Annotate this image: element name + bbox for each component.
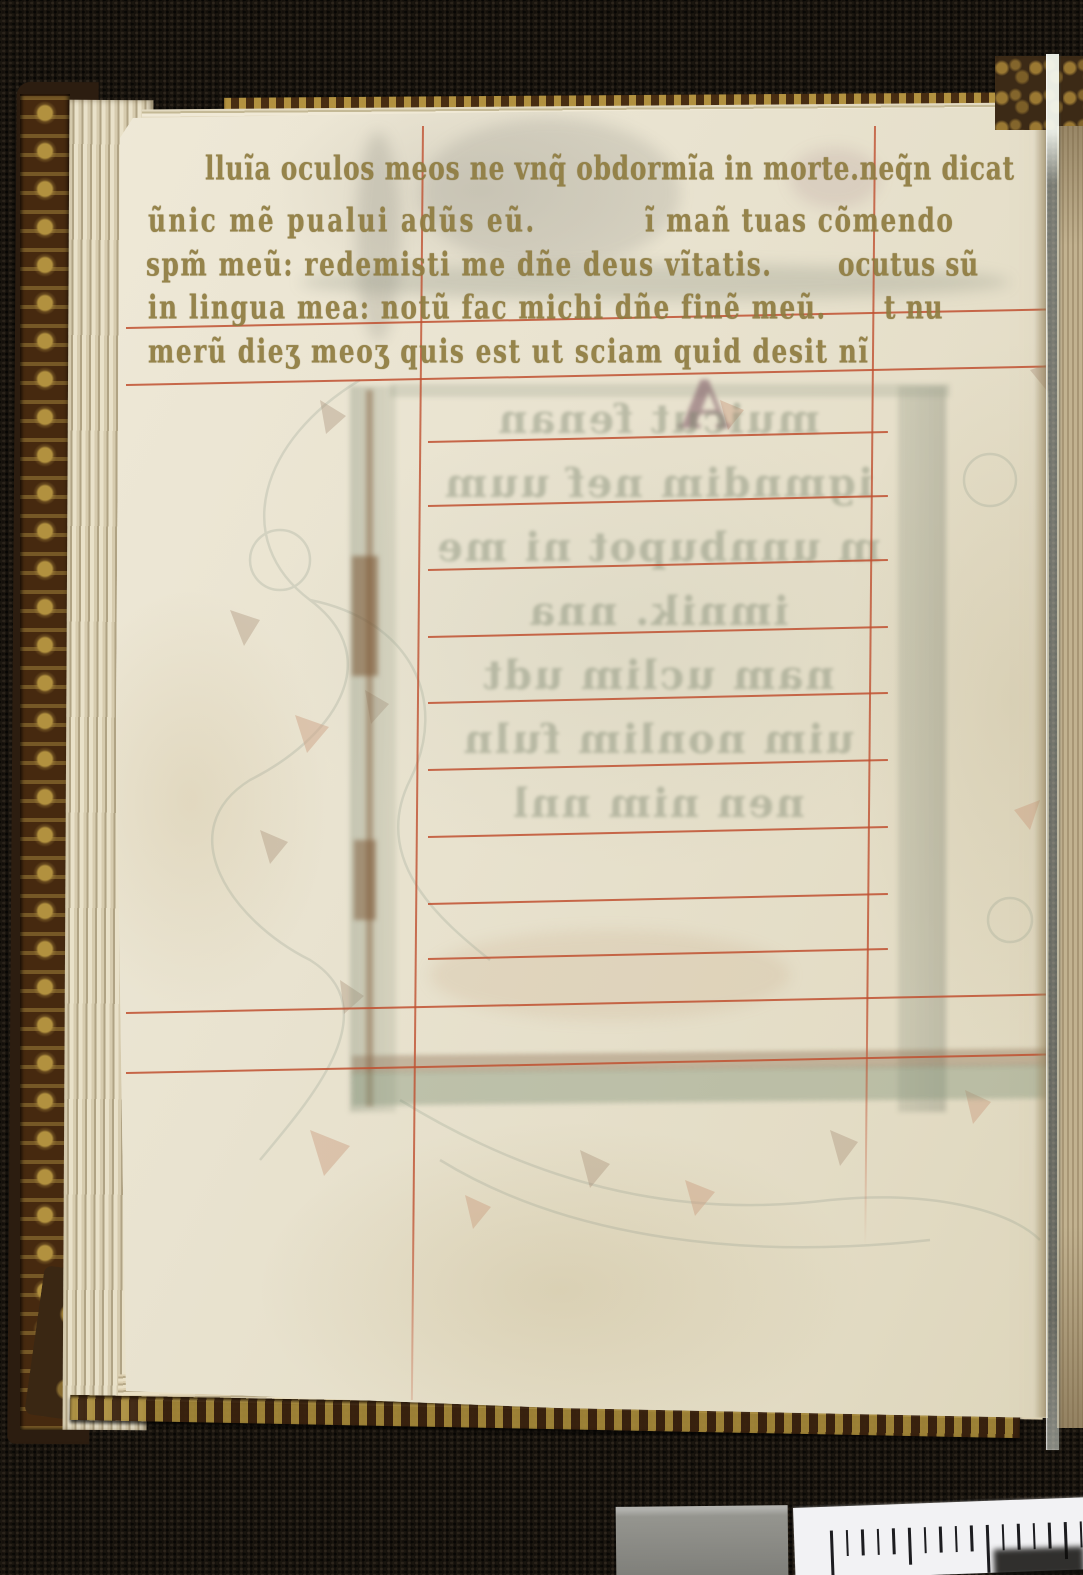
showthrough-text-line: m unnbupot ni me (432, 516, 884, 580)
manuscript-text-line: ocutus sũ (838, 246, 979, 284)
binding-corner-top-right (995, 56, 1083, 130)
corner-shadow (994, 1546, 1083, 1575)
ruler-tick (970, 1525, 973, 1551)
gold-tooling-strip-left (20, 94, 70, 1430)
showthrough-text-line: igmndim nef uum (432, 452, 884, 516)
ruler-tick (830, 1531, 835, 1575)
manuscript-text-line: merũ dieʒ meoʒ quis est ut sciam quid de… (148, 333, 869, 371)
ghost-frame-stain (352, 556, 378, 676)
ghost-frame-bar-left-brown (366, 390, 373, 1106)
ruler-tick (1017, 1524, 1020, 1550)
fore-edge-right (1057, 126, 1083, 1428)
manuscript-text-line: lluĩa oculos meos ne vnq̃ obdormĩa in mo… (205, 150, 1015, 188)
manuscript-text-line: ĩ mañ tuas cõmendo (645, 202, 955, 240)
ruler-tick (923, 1527, 926, 1553)
ghost-frame-stain (354, 840, 376, 920)
ruler-tick (861, 1529, 864, 1555)
ruler-tick (845, 1530, 848, 1556)
ruler-tick (1033, 1523, 1036, 1549)
ghost-frame-bar-bottom (352, 1064, 1047, 1105)
ruler-tick (955, 1526, 958, 1552)
showthrough-text-block: muicut fenanigmndim nef uumm unnbupot ni… (432, 388, 884, 1028)
ruler-tick (1001, 1524, 1004, 1550)
grey-color-card (616, 1505, 789, 1575)
manuscript-text-line: ũnic mẽ pualui adũs eũ. (148, 202, 537, 240)
acrylic-page-holder-strip (1046, 54, 1059, 1450)
showthrough-text-line: muicut fenan (432, 388, 884, 452)
ruler-tick (892, 1528, 895, 1554)
manuscript-page: A muicut fenanigmndim nef uumm unnbupot … (0, 0, 1083, 1575)
ruler-tick (1048, 1523, 1051, 1549)
ruler-tick (877, 1529, 880, 1555)
showthrough-text-line: nen nim nnl (432, 772, 884, 836)
manuscript-text-line: t nu (884, 289, 943, 327)
manuscript-text-line: in lingua mea: notũ fac michi dñe finẽ m… (148, 289, 827, 327)
ruler-tick (908, 1528, 912, 1565)
ruler-tick (939, 1527, 942, 1553)
ghost-frame-bar-right (898, 386, 946, 1112)
ghost-frame-bar-left (350, 386, 396, 1112)
ruler-tick (986, 1525, 991, 1573)
ruler-tick (1079, 1521, 1082, 1547)
manuscript-text-line: spm̃ meũ: redemisti me dñe deus vĩtatis. (146, 246, 773, 284)
